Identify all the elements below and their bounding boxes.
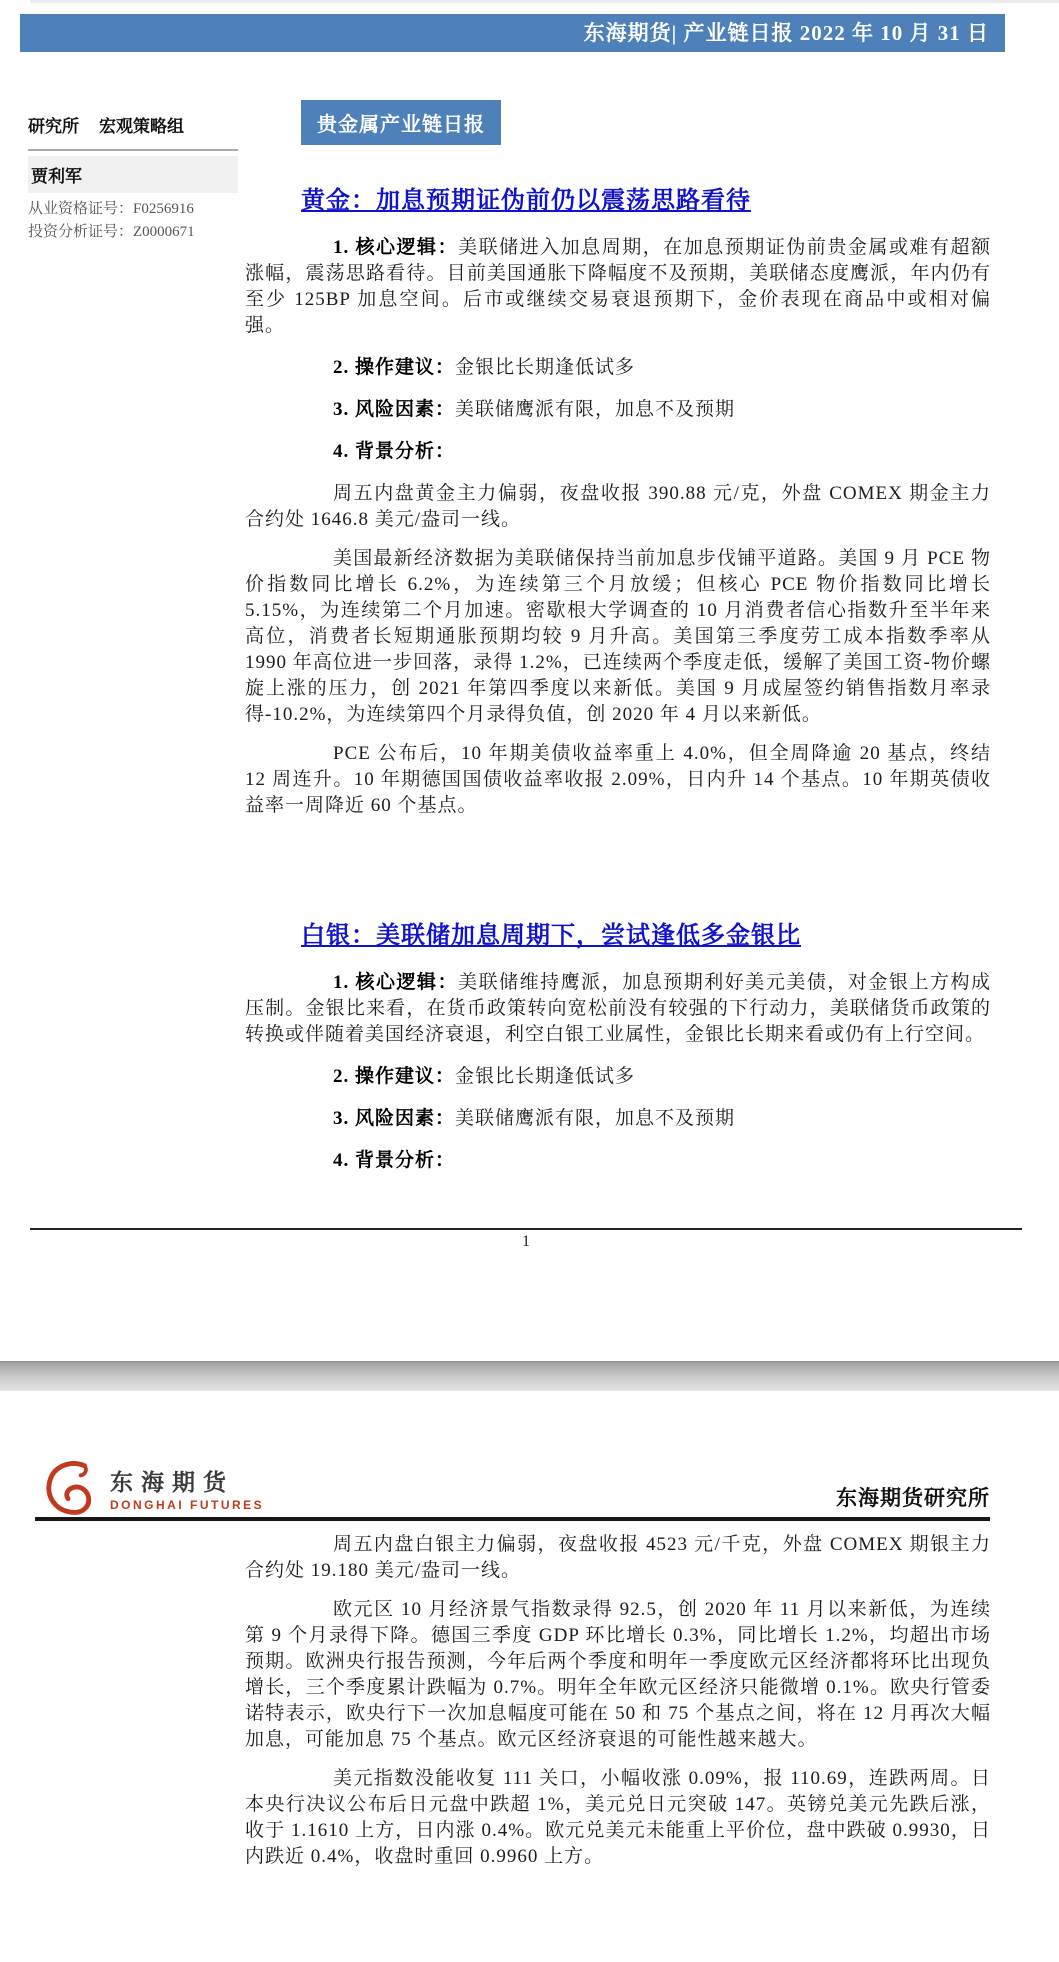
silver-section: 白银：美联储加息周期下，尝试逢低多金银比 1. 核心逻辑：美联储维持鹰派，加息预… bbox=[245, 915, 991, 1174]
silver-core-logic: 1. 核心逻辑：美联储维持鹰派，加息预期利好美元美债，对金银上方构成压制。金银比… bbox=[245, 970, 991, 1048]
analyst-certs: 从业资格证号：F0256916 投资分析证号：Z0000671 bbox=[28, 198, 238, 244]
window-top-edge bbox=[30, 0, 1059, 3]
page2-paragraph: 周五内盘白银主力偏弱，夜盘收报 4523 元/千克，外盘 COMEX 期银主力合… bbox=[245, 1532, 991, 1584]
team-row: 研究所 宏观策略组 bbox=[28, 112, 238, 151]
report-type-badge: 贵金属产业链日报 bbox=[301, 100, 501, 145]
page2-paragraph: 欧元区 10 月经济景气指数录得 92.5，创 2020 年 11 月以来新低，… bbox=[245, 1597, 991, 1753]
gold-paragraph: 美国最新经济数据为美联储保持当前加息步伐铺平道路。美国 9 月 PCE 物价指数… bbox=[245, 546, 991, 728]
silver-background: 4. 背景分析： bbox=[245, 1148, 991, 1174]
page2-paragraph: 美元指数没能收复 111 关口，小幅收涨 0.09%，报 110.69，连跌两周… bbox=[245, 1766, 991, 1870]
gold-background-label: 4. 背景分析： bbox=[333, 441, 455, 462]
silver-section-heading: 白银：美联储加息周期下，尝试逢低多金银比 bbox=[301, 915, 991, 950]
report-header-bar: 东海期货| 产业链日报 2022 年 10 月 31 日 bbox=[20, 14, 1005, 52]
silver-risk-label: 3. 风险因素： bbox=[333, 1108, 455, 1129]
gold-risk: 3. 风险因素：美联储鹰派有限，加息不及预期 bbox=[245, 397, 991, 423]
dragon-logo-icon bbox=[42, 1458, 100, 1523]
logo-chinese-name: 东海期货 bbox=[110, 1470, 264, 1496]
gold-core-logic-label: 1. 核心逻辑： bbox=[333, 237, 458, 258]
silver-advice-text: 金银比长期逢低试多 bbox=[455, 1066, 635, 1087]
gold-paragraph: 周五内盘黄金主力偏弱，夜盘收报 390.88 元/克，外盘 COMEX 期金主力… bbox=[245, 481, 991, 533]
analysis-cert: 投资分析证号：Z0000671 bbox=[28, 221, 238, 244]
logo-text: 东海期货 DONGHAI FUTURES bbox=[110, 1470, 264, 1512]
silver-risk: 3. 风险因素：美联储鹰派有限，加息不及预期 bbox=[245, 1106, 991, 1132]
page2-header-rule bbox=[35, 1517, 990, 1521]
author-sidebar: 研究所 宏观策略组 贾利军 从业资格证号：F0256916 投资分析证号：Z00… bbox=[28, 112, 238, 244]
analyst-name: 贾利军 bbox=[28, 156, 238, 193]
gold-advice-label: 2. 操作建议： bbox=[333, 357, 455, 378]
report-body: 黄金：加息预期证伪前仍以震荡思路看待 1. 核心逻辑：美联储进入加息周期，在加息… bbox=[245, 180, 991, 1190]
gold-core-logic: 1. 核心逻辑：美联储进入加息周期，在加息预期证伪前贵金属或难有超额涨幅，震荡思… bbox=[245, 235, 991, 339]
gold-risk-label: 3. 风险因素： bbox=[333, 399, 455, 420]
silver-core-logic-label: 1. 核心逻辑： bbox=[333, 972, 458, 993]
page-break-gap bbox=[0, 1361, 1059, 1391]
silver-advice: 2. 操作建议：金银比长期逢低试多 bbox=[245, 1064, 991, 1090]
research-institute-label: 东海期货研究所 bbox=[836, 1482, 990, 1512]
page1-footer-rule bbox=[30, 1228, 1022, 1230]
page-number: 1 bbox=[30, 1233, 1022, 1251]
silver-risk-text: 美联储鹰派有限，加息不及预期 bbox=[455, 1108, 735, 1129]
gold-section-heading: 黄金：加息预期证伪前仍以震荡思路看待 bbox=[301, 180, 991, 215]
practice-cert: 从业资格证号：F0256916 bbox=[28, 198, 238, 221]
gold-risk-text: 美联储鹰派有限，加息不及预期 bbox=[455, 399, 735, 420]
gold-section: 黄金：加息预期证伪前仍以震荡思路看待 1. 核心逻辑：美联储进入加息周期，在加息… bbox=[245, 180, 991, 819]
dept-label: 研究所 bbox=[28, 112, 79, 137]
silver-background-label: 4. 背景分析： bbox=[333, 1150, 455, 1171]
page2-body: 周五内盘白银主力偏弱，夜盘收报 4523 元/千克，外盘 COMEX 期银主力合… bbox=[245, 1532, 991, 1883]
gold-advice: 2. 操作建议：金银比长期逢低试多 bbox=[245, 355, 991, 381]
gold-advice-text: 金银比长期逢低试多 bbox=[455, 357, 635, 378]
gold-paragraph: PCE 公布后，10 年期美债收益率重上 4.0%，但全周降逾 20 基点，终结… bbox=[245, 741, 991, 819]
group-label: 宏观策略组 bbox=[99, 112, 184, 137]
gold-background: 4. 背景分析： bbox=[245, 439, 991, 465]
company-logo: 东海期货 DONGHAI FUTURES bbox=[42, 1458, 264, 1523]
header-bar-title: 东海期货| 产业链日报 2022 年 10 月 31 日 bbox=[584, 21, 989, 45]
silver-advice-label: 2. 操作建议： bbox=[333, 1066, 455, 1087]
logo-english-name: DONGHAI FUTURES bbox=[110, 1498, 264, 1512]
